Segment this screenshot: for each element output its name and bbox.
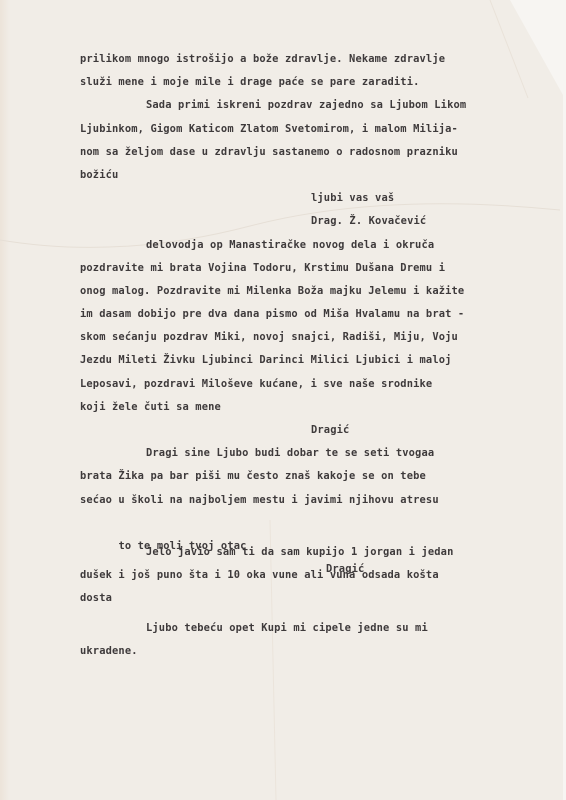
letter-line: služi mene i moje mile i drage paće se p… (80, 71, 520, 94)
letter-line: ukradene. (80, 640, 520, 663)
letter-line: božiću (80, 164, 520, 187)
letter-line: dosta (80, 587, 520, 610)
letter-line: koji žele čuti sa mene (80, 396, 520, 419)
letter-line: to te moli tvoj otac Dragić (80, 512, 520, 535)
letter-line: Dragi sine Ljubo budi dobar te se seti t… (80, 442, 520, 465)
letter-line: Jezdu Mileti Živku Ljubinci Darinci Mili… (80, 349, 520, 372)
letter-line-text: to te moli tvoj otac (118, 540, 246, 552)
signature-line: Dragić (80, 419, 520, 442)
letter-line: prilikom mnogo istrošijo a bože zdravlje… (80, 48, 520, 71)
letter-line: Ljubo tebeću opet Kupi mi cipele jedne s… (80, 617, 520, 640)
letter-line: dušek i još puno šta i 10 oka vune ali v… (80, 564, 520, 587)
letter-page: prilikom mnogo istrošijo a bože zdravlje… (0, 0, 566, 800)
letter-line: onog malog. Pozdravite mi Milenka Boža m… (80, 280, 520, 303)
letter-body: prilikom mnogo istrošijo a bože zdravlje… (80, 48, 520, 663)
signature-line: Drag. Ž. Kovačević (80, 210, 520, 233)
signature-inline: Dragić (326, 558, 364, 581)
letter-line: nom sa željom dase u zdravlju sastanemo … (80, 141, 520, 164)
letter-line: delovodja op Manastiračke novog dela i o… (80, 234, 520, 257)
letter-line: pozdravite mi brata Vojina Todoru, Krsti… (80, 257, 520, 280)
letter-line: skom sećanju pozdrav Miki, novoj snajci,… (80, 326, 520, 349)
letter-line: im dasam dobijo pre dva dana pismo od Mi… (80, 303, 520, 326)
letter-line: Ljubinkom, Gigom Katicom Zlatom Svetomir… (80, 118, 520, 141)
letter-line: sećao u školi na najboljem mestu i javim… (80, 489, 520, 512)
closing-line: ljubi vas vaš (80, 187, 520, 210)
letter-line: brata Žika pa bar piši mu često znaš kak… (80, 465, 520, 488)
letter-line: Leposavi, pozdravi Miloševe kućane, i sv… (80, 373, 520, 396)
letter-line: Sada primi iskreni pozdrav zajedno sa Lj… (80, 94, 520, 117)
